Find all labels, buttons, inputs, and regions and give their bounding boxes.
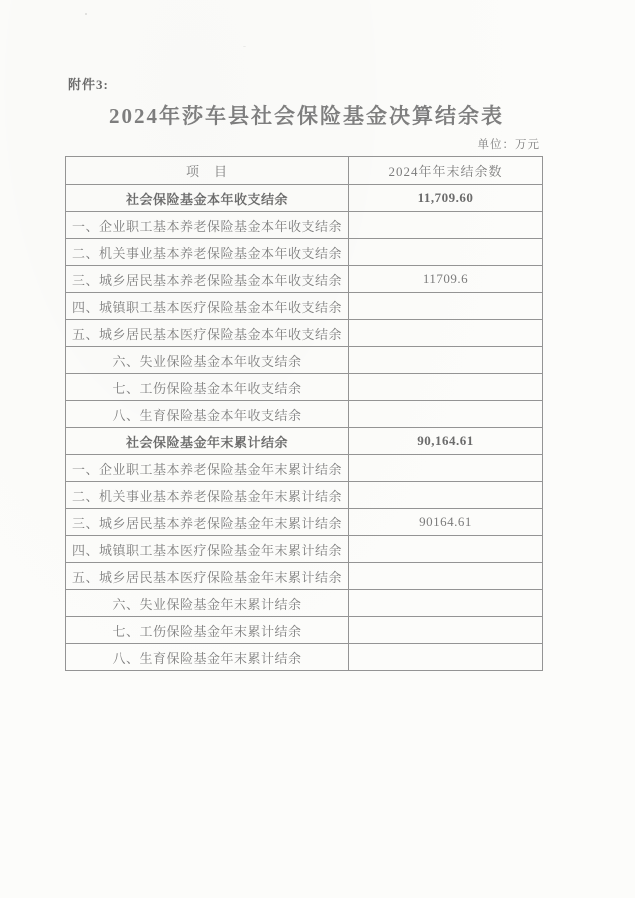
item-cell: 七、工伤保险基金本年收支结余 [66,374,349,401]
item-cell: 六、失业保险基金年末累计结余 [66,590,349,617]
value-cell [349,455,543,482]
table-row: 社会保险基金年末累计结余90,164.61 [66,428,543,455]
value-cell [349,347,543,374]
page-title: 2024年莎车县社会保险基金决算结余表 [0,100,613,130]
value-cell [349,401,543,428]
item-cell: 三、城乡居民基本养老保险基金本年收支结余 [66,266,349,293]
item-cell: 五、城乡居民基本医疗保险基金年末累计结余 [66,563,349,590]
value-cell [349,482,543,509]
table-row: 一、企业职工基本养老保险基金年末累计结余 [66,455,543,482]
item-cell: 一、企业职工基本养老保险基金年末累计结余 [66,455,349,482]
item-cell: 三、城乡居民基本养老保险基金年末累计结余 [66,509,349,536]
scan-speck-icon [243,46,246,47]
table-header-row: 项 目 2024年年末结余数 [66,157,543,185]
value-cell [349,617,543,644]
table-row: 七、工伤保险基金年末累计结余 [66,617,543,644]
table-row: 六、失业保险基金年末累计结余 [66,590,543,617]
table-row: 一、企业职工基本养老保险基金本年收支结余 [66,212,543,239]
value-cell: 90164.61 [349,509,543,536]
table-row: 三、城乡居民基本养老保险基金年末累计结余90164.61 [66,509,543,536]
value-cell [349,239,543,266]
column-header-year-end-balance: 2024年年末结余数 [349,157,543,185]
column-header-item: 项 目 [66,157,349,185]
table-row: 七、工伤保险基金本年收支结余 [66,374,543,401]
item-cell: 社会保险基金年末累计结余 [66,428,349,455]
table-row: 二、机关事业基本养老保险基金年末累计结余 [66,482,543,509]
table-row: 三、城乡居民基本养老保险基金本年收支结余11709.6 [66,266,543,293]
scan-speck-icon [85,13,87,15]
fund-balance-table: 项 目 2024年年末结余数 社会保险基金本年收支结余11,709.60一、企业… [65,156,543,671]
table-row: 八、生育保险基金年末累计结余 [66,644,543,671]
table-row: 四、城镇职工基本医疗保险基金本年收支结余 [66,293,543,320]
value-cell [349,563,543,590]
item-cell: 一、企业职工基本养老保险基金本年收支结余 [66,212,349,239]
item-cell: 八、生育保险基金本年收支结余 [66,401,349,428]
item-cell: 二、机关事业基本养老保险基金本年收支结余 [66,239,349,266]
item-cell: 八、生育保险基金年末累计结余 [66,644,349,671]
value-cell: 11,709.60 [349,185,543,212]
item-cell: 四、城镇职工基本医疗保险基金年末累计结余 [66,536,349,563]
value-cell [349,374,543,401]
value-cell: 11709.6 [349,266,543,293]
value-cell [349,212,543,239]
value-cell [349,644,543,671]
value-cell [349,536,543,563]
item-cell: 七、工伤保险基金年末累计结余 [66,617,349,644]
item-cell: 二、机关事业基本养老保险基金年末累计结余 [66,482,349,509]
value-cell: 90,164.61 [349,428,543,455]
unit-label: 单位：万元 [478,136,541,152]
table-row: 二、机关事业基本养老保险基金本年收支结余 [66,239,543,266]
attachment-label: 附件3: [68,74,109,93]
table-row: 五、城乡居民基本医疗保险基金本年收支结余 [66,320,543,347]
item-cell: 六、失业保险基金本年收支结余 [66,347,349,374]
document-page: 附件3: 2024年莎车县社会保险基金决算结余表 单位：万元 项 目 2024年… [0,0,635,898]
item-cell: 社会保险基金本年收支结余 [66,185,349,212]
item-cell: 五、城乡居民基本医疗保险基金本年收支结余 [66,320,349,347]
table-row: 四、城镇职工基本医疗保险基金年末累计结余 [66,536,543,563]
value-cell [349,590,543,617]
table-row: 六、失业保险基金本年收支结余 [66,347,543,374]
item-cell: 四、城镇职工基本医疗保险基金本年收支结余 [66,293,349,320]
value-cell [349,320,543,347]
table-body: 社会保险基金本年收支结余11,709.60一、企业职工基本养老保险基金本年收支结… [66,185,543,671]
table-row: 八、生育保险基金本年收支结余 [66,401,543,428]
table-row: 社会保险基金本年收支结余11,709.60 [66,185,543,212]
value-cell [349,293,543,320]
table-row: 五、城乡居民基本医疗保险基金年末累计结余 [66,563,543,590]
